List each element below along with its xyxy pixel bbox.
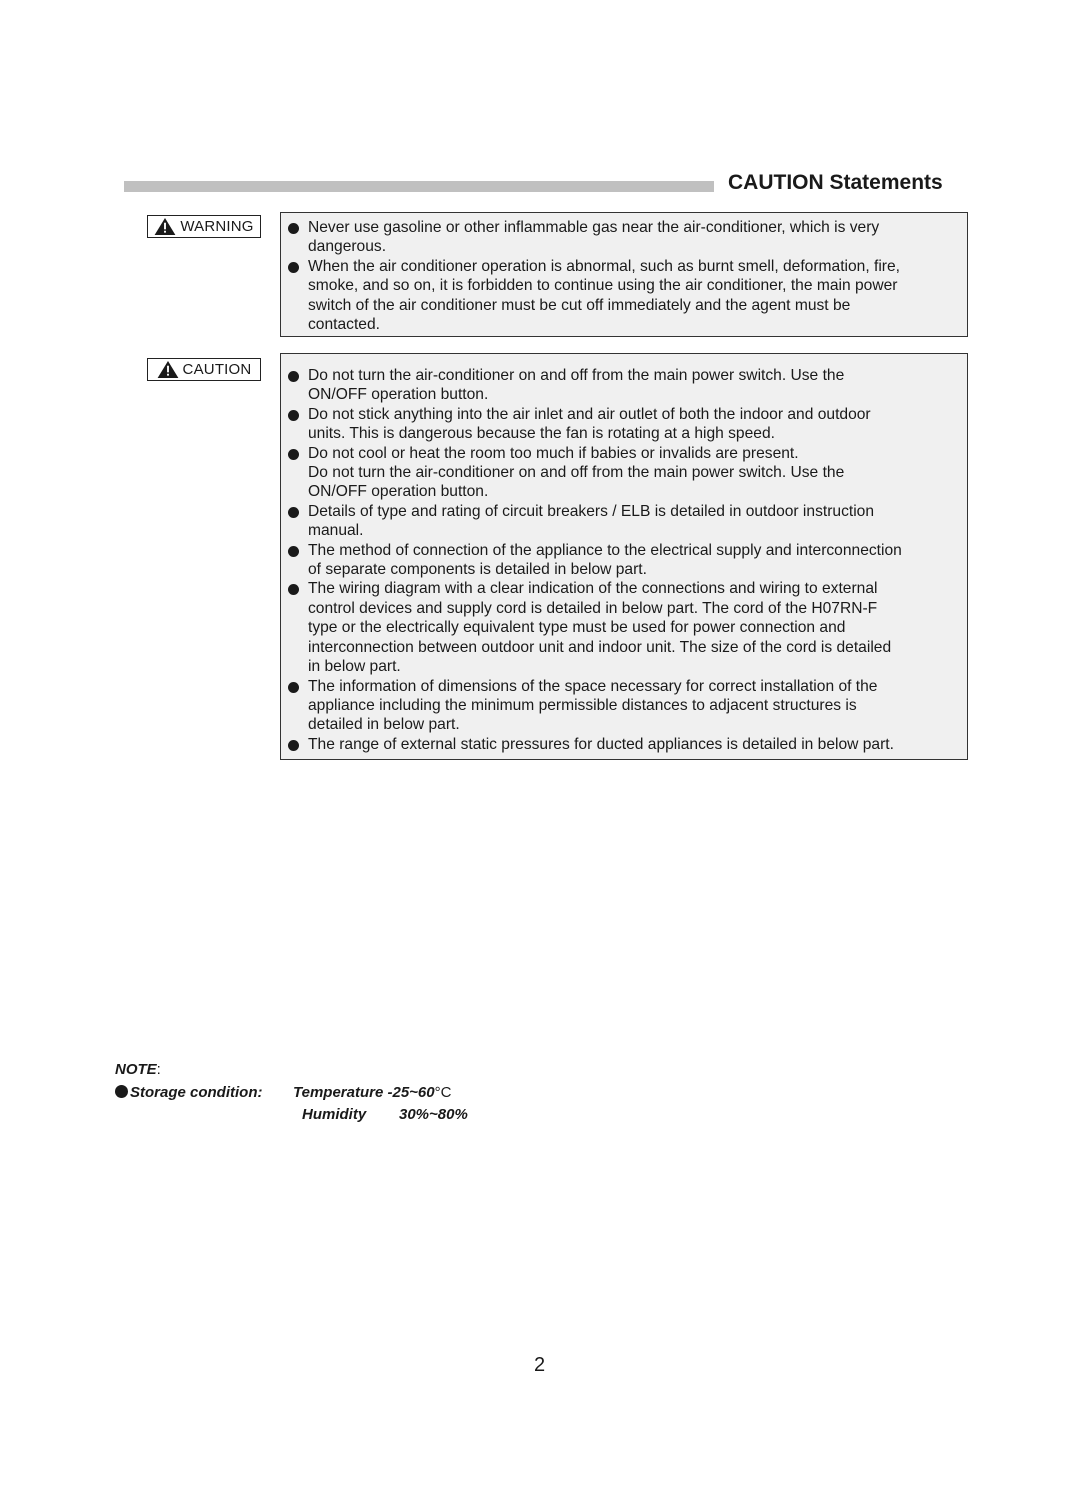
caution-item-text: of separate components is detailed in be… [308, 560, 965, 579]
caution-item-text: Do not cool or heat the room too much if… [308, 444, 965, 463]
storage-label: Storage condition: [130, 1084, 293, 1101]
bullet-icon [288, 223, 299, 234]
warning-badge-label: WARNING [180, 218, 253, 235]
caution-item: The method of connection of the applianc… [288, 541, 965, 580]
caution-item-text: detailed in below part. [308, 715, 965, 734]
bullet-icon [288, 682, 299, 693]
warning-triangle-icon [157, 361, 179, 378]
caution-item-text: interconnection between outdoor unit and… [308, 638, 965, 657]
caution-item-text: The method of connection of the applianc… [308, 541, 965, 560]
caution-item-text: control devices and supply cord is detai… [308, 599, 965, 618]
warning-item: Never use gasoline or other inflammable … [288, 218, 965, 257]
caution-item: The range of external static pressures f… [288, 735, 965, 754]
caution-badge-label: CAUTION [183, 361, 252, 378]
caution-item-text: Do not turn the air-conditioner on and o… [308, 463, 965, 482]
caution-item: Do not cool or heat the room too much if… [288, 444, 965, 502]
warning-item-text: Never use gasoline or other inflammable … [308, 218, 965, 237]
caution-box: Do not turn the air-conditioner on and o… [280, 353, 968, 760]
humidity-label: Humidity [302, 1106, 399, 1123]
bullet-icon [288, 740, 299, 751]
note-colon: : [157, 1061, 161, 1078]
caution-item: Do not turn the air-conditioner on and o… [288, 366, 965, 405]
storage-condition: Storage condition:Temperature -25~60°C [115, 1084, 451, 1101]
caution-item-text: Details of type and rating of circuit br… [308, 502, 965, 521]
caution-item-text: Do not turn the air-conditioner on and o… [308, 366, 965, 385]
humidity-value: 30%~80% [399, 1106, 468, 1123]
humidity-condition: Humidity30%~80% [302, 1106, 468, 1123]
caution-item-text: in below part. [308, 657, 965, 676]
warning-item: When the air conditioner operation is ab… [288, 257, 965, 335]
caution-item-text: The wiring diagram with a clear indicati… [308, 579, 965, 598]
page-number: 2 [0, 1354, 1079, 1377]
caution-item-text: Do not stick anything into the air inlet… [308, 405, 965, 424]
warning-badge: WARNING [147, 215, 261, 238]
warning-item-text: smoke, and so on, it is forbidden to con… [308, 276, 965, 295]
warning-item-text: contacted. [308, 315, 965, 334]
caution-item: Details of type and rating of circuit br… [288, 502, 965, 541]
bullet-icon [288, 546, 299, 557]
caution-item: Do not stick anything into the air inlet… [288, 405, 965, 444]
caution-item-text: The information of dimensions of the spa… [308, 677, 965, 696]
bullet-icon [288, 584, 299, 595]
caution-item: The information of dimensions of the spa… [288, 677, 965, 735]
page-title: CAUTION Statements [728, 171, 943, 195]
caution-badge: CAUTION [147, 358, 261, 381]
warning-item-text: When the air conditioner operation is ab… [308, 257, 965, 276]
temperature-unit: °C [435, 1084, 452, 1101]
temperature-label: Temperature [293, 1084, 383, 1101]
caution-item-text: units. This is dangerous because the fan… [308, 424, 965, 443]
caution-item-text: appliance including the minimum permissi… [308, 696, 965, 715]
bullet-icon [288, 507, 299, 518]
temperature-value: -25~60 [387, 1084, 434, 1101]
section-header-bar [124, 181, 714, 192]
note-title: NOTE [115, 1061, 157, 1078]
warning-triangle-icon [154, 218, 176, 235]
warning-box: Never use gasoline or other inflammable … [280, 212, 968, 337]
warning-item-text: dangerous. [308, 237, 965, 256]
note-heading: NOTE: [115, 1061, 161, 1078]
bullet-icon [288, 262, 299, 273]
caution-item-text: manual. [308, 521, 965, 540]
bullet-icon [115, 1085, 128, 1098]
bullet-icon [288, 371, 299, 382]
caution-item-text: ON/OFF operation button. [308, 385, 965, 404]
bullet-icon [288, 449, 299, 460]
caution-item-text: type or the electrically equivalent type… [308, 618, 965, 637]
caution-item-text: ON/OFF operation button. [308, 482, 965, 501]
bullet-icon [288, 410, 299, 421]
warning-item-text: switch of the air conditioner must be cu… [308, 296, 965, 315]
caution-item: The wiring diagram with a clear indicati… [288, 579, 965, 676]
caution-item-text: The range of external static pressures f… [308, 735, 965, 754]
